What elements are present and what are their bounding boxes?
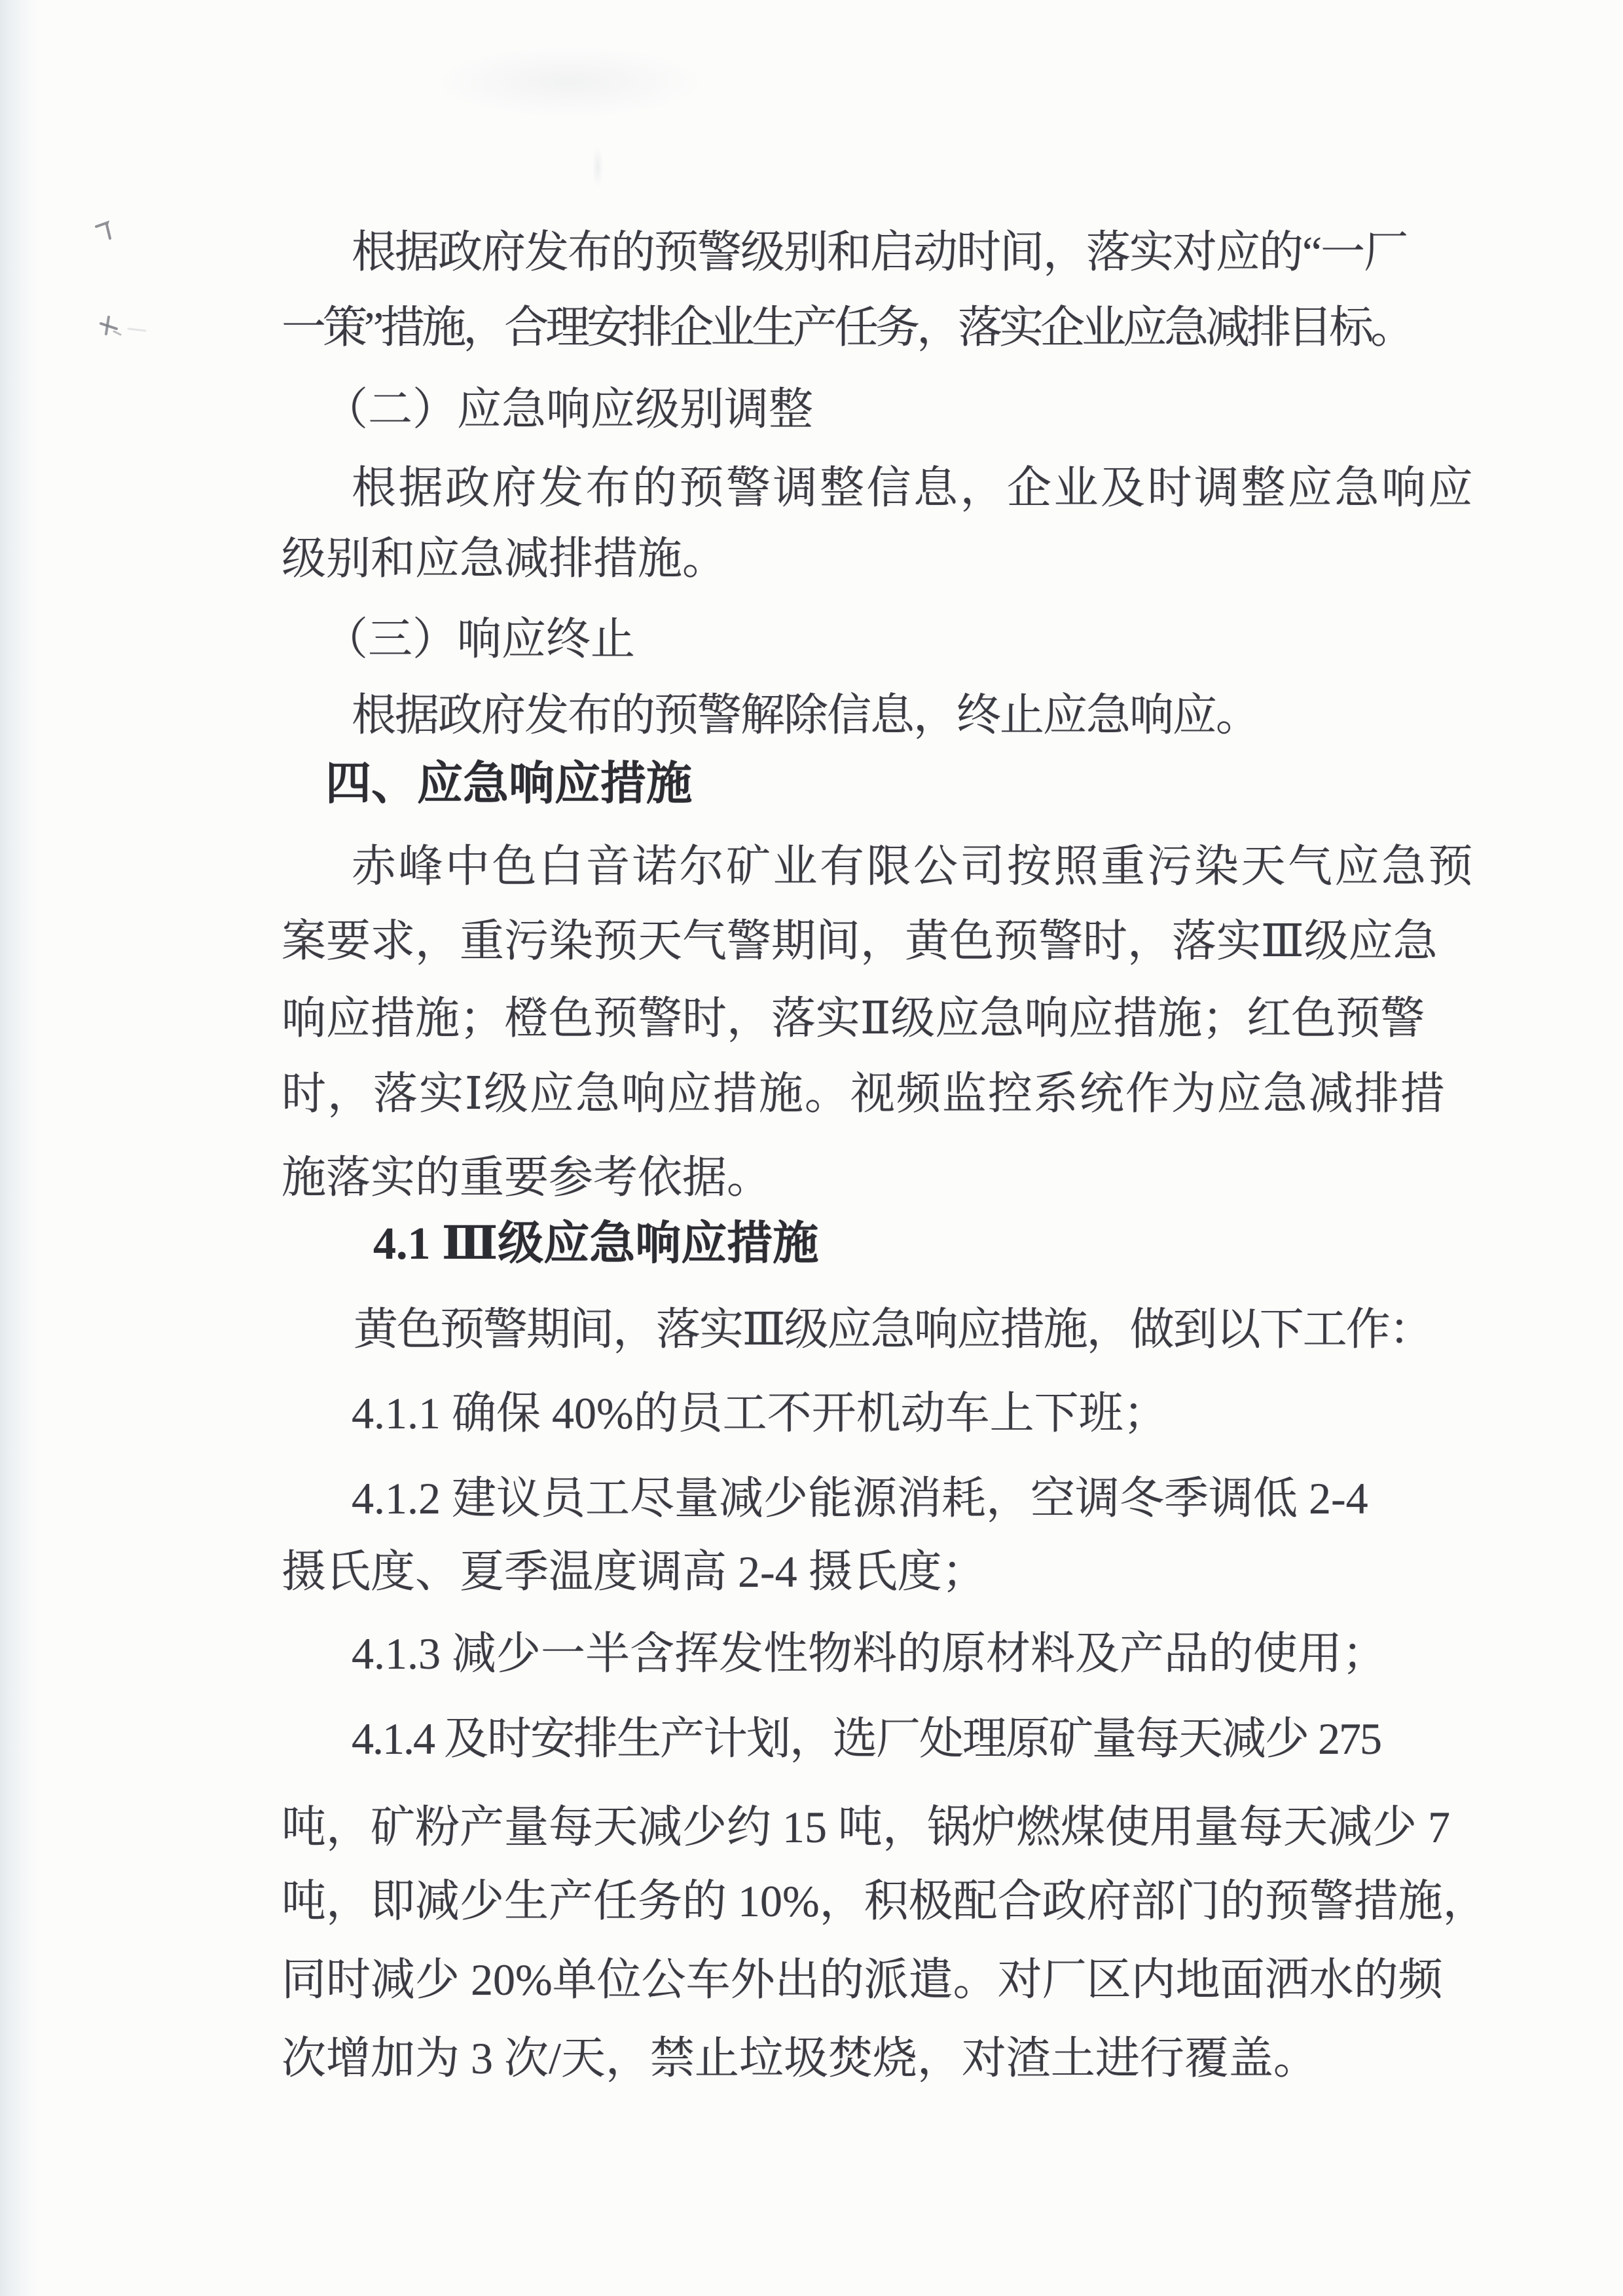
text-line: 时，落实Ⅰ级应急响应措施。视频监控系统作为应急减排措 xyxy=(282,1067,1446,1120)
scan-edge-shadow xyxy=(0,0,38,2296)
text-line: 根据政府发布的预警解除信息，终止应急响应。 xyxy=(352,689,1259,741)
smudge-artifact xyxy=(593,147,603,187)
document-page: 根据政府发布的预警级别和启动时间，落实对应的“一厂 一策”措施，合理安排企业生产… xyxy=(0,0,1623,2296)
text-line: 根据政府发布的预警调整信息，企业及时调整应急响应 xyxy=(352,462,1475,514)
text-line: 级别和应急减排措施。 xyxy=(282,532,727,585)
pen-mark-artifact xyxy=(94,220,114,244)
text-line: 施落实的重要参考依据。 xyxy=(282,1151,771,1204)
pen-mark-artifact xyxy=(94,313,160,339)
text-line: 4.1.1 确保 40%的员工不开机动车上下班； xyxy=(352,1387,1168,1439)
text-line: 吨，即减少生产任务的 10%，积极配合政府部门的预警措施， xyxy=(282,1875,1487,1927)
text-line: 4.1.3 减少一半含挥发性物料的原材料及产品的使用； xyxy=(352,1627,1387,1680)
text-line: 同时减少 20%单位公车外出的派遣。对厂区内地面洒水的频 xyxy=(282,1953,1443,2006)
smudge-artifact xyxy=(432,46,707,118)
subsection-heading: 4.1 Ⅲ级应急响应措施 xyxy=(373,1218,818,1270)
text-line: 根据政府发布的预警级别和启动时间，落实对应的“一厂 xyxy=(352,226,1407,278)
text-line: 4.1.4 及时安排生产计划，选厂处理原矿量每天减少 275 xyxy=(352,1713,1381,1765)
text-line: （三）响应终止 xyxy=(323,613,635,665)
text-line: 一策”措施，合理安排企业生产任务，落实企业应急减排目标。 xyxy=(282,301,1412,354)
text-line: 黄色预警期间，落实Ⅲ级应急响应措施，做到以下工作： xyxy=(354,1303,1432,1356)
text-line: 吨，矿粉产量每天减少约 15 吨，锅炉燃煤使用量每天减少 7 xyxy=(282,1801,1450,1853)
section-heading: 四、应急响应措施 xyxy=(325,758,692,811)
text-line: 赤峰中色白音诺尔矿业有限公司按照重污染天气应急预 xyxy=(352,840,1475,893)
text-line: 次增加为 3 次/天，禁止垃圾焚烧，对渣土进行覆盖。 xyxy=(282,2032,1318,2084)
text-line: 摄氏度、夏季温度调高 2-4 摄氏度； xyxy=(282,1546,987,1598)
text-line: 响应措施；橙色预警时，落实Ⅱ级应急响应措施；红色预警 xyxy=(282,992,1425,1045)
text-line: 案要求，重污染预天气警期间，黄色预警时，落实Ⅲ级应急 xyxy=(282,915,1438,967)
text-line: （二）应急响应级别调整 xyxy=(323,383,813,435)
text-line: 4.1.2 建议员工尽量减少能源消耗，空调冬季调低 2-4 xyxy=(352,1472,1368,1525)
